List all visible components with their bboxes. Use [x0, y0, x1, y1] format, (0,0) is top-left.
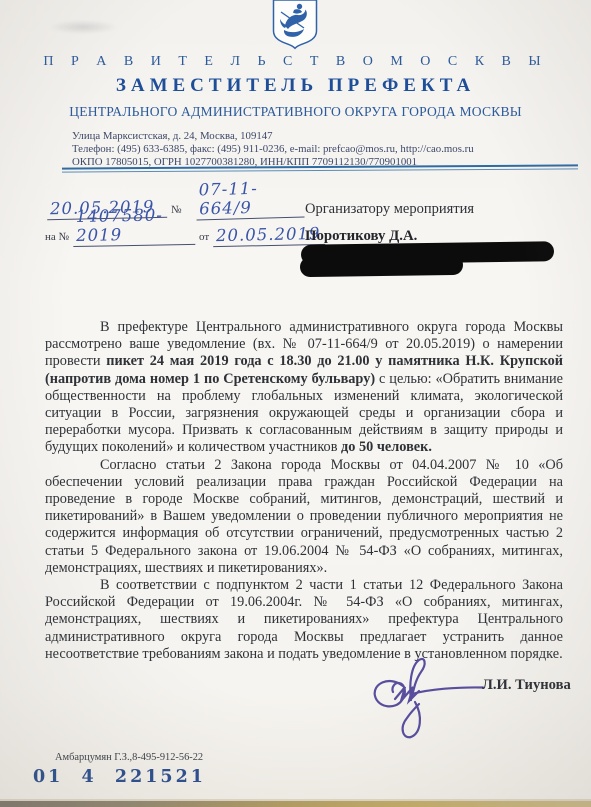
moscow-coat-of-arms-icon: [272, 0, 318, 55]
registration-stamp-code: 01 4 221521: [33, 767, 206, 787]
org-district-title: ЦЕНТРАЛЬНОГО АДМИНИСТРАТИВНОГО ОКРУГА ГО…: [0, 104, 591, 120]
phone-line: Телефон: (495) 633-6385, факс: (495) 911…: [72, 143, 474, 156]
incoming-number-handwritten: 1407580-2019: [73, 205, 196, 247]
p1-bold-participants: до 50 человек.: [341, 439, 432, 455]
body-paragraph-2: Согласно статьи 2 Закона города Москвы о…: [45, 457, 563, 577]
executor-contact: Амбарцумян Г.З.,8-495-912-56-22: [55, 752, 203, 763]
na-number-label: на №: [45, 231, 69, 243]
scan-smudge: [48, 20, 118, 34]
signatory-name: Л.И. Тиунова: [482, 677, 571, 694]
recipient-role: Организатору мероприятия: [305, 201, 474, 218]
redaction-bar: [300, 255, 463, 277]
contact-block: Улица Марксистская, д. 24, Москва, 10914…: [72, 130, 474, 169]
org-deputy-prefect-title: ЗАМЕСТИТЕЛЬ ПРЕФЕКТА: [0, 75, 591, 97]
ref-row-incoming: на № 1407580-2019 от 20.05.2019: [45, 206, 325, 246]
address-line: Улица Марксистская, д. 24, Москва, 10914…: [72, 130, 474, 143]
body-paragraph-1: В префектуре Центрального административн…: [45, 319, 563, 457]
photo-bottom-edge: [0, 799, 591, 807]
org-government-title: П Р А В И Т Е Л Ь С Т В О М О С К В Ы: [0, 54, 591, 70]
ot-label: от: [199, 231, 209, 243]
scanned-letter-photo: П Р А В И Т Е Л Ь С Т В О М О С К В Ы ЗА…: [0, 0, 591, 807]
letter-body: В префектуре Центрального административн…: [45, 319, 563, 663]
signature-scribble: [355, 650, 505, 755]
